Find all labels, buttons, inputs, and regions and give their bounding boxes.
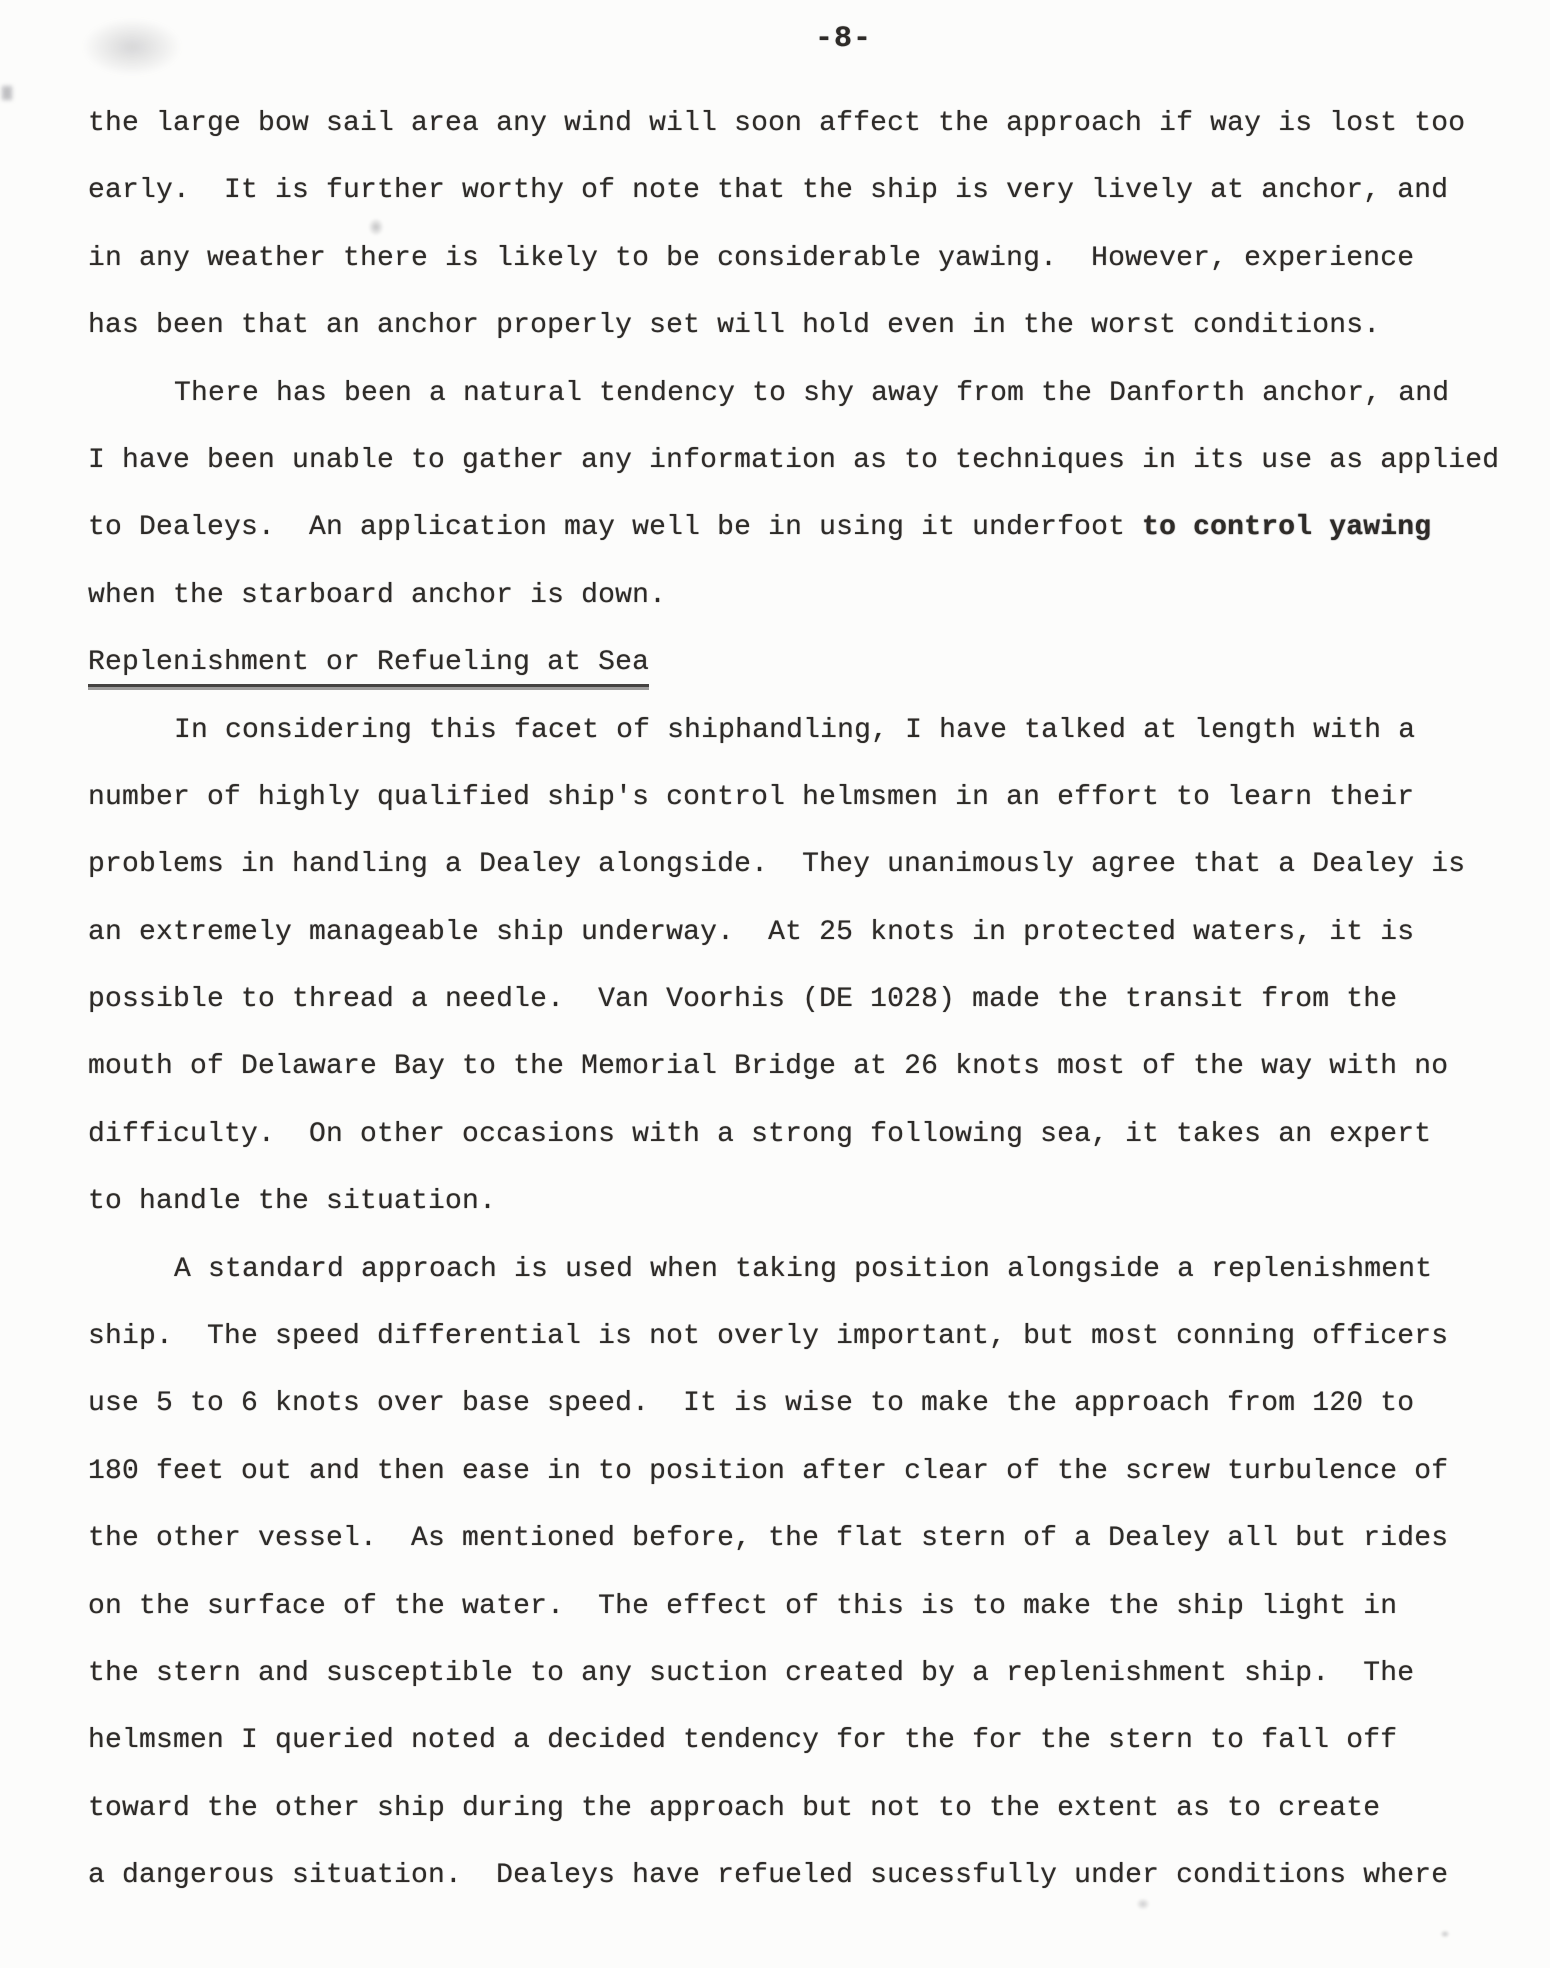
text-line: early. It is further worthy of note that… <box>88 157 1510 224</box>
text-line: difficulty. On other occasions with a st… <box>88 1101 1510 1168</box>
text-line: problems in handling a Dealey alongside.… <box>88 831 1510 898</box>
text-line: toward the other ship during the approac… <box>88 1775 1510 1842</box>
text-line: the large bow sail area any wind will so… <box>88 90 1510 157</box>
text-line: number of highly qualified ship's contro… <box>88 764 1510 831</box>
text-line: to Dealeys. An application may well be i… <box>88 494 1510 561</box>
text-line: A standard approach is used when taking … <box>88 1236 1510 1303</box>
page-number: -8- <box>815 22 872 56</box>
document-lines: the large bow sail area any wind will so… <box>88 90 1510 1910</box>
text-line: on the surface of the water. The effect … <box>88 1573 1510 1640</box>
text-line: when the starboard anchor is down. <box>88 562 1510 629</box>
bold-text-segment: to control yawing <box>1142 512 1431 543</box>
text-line: I have been unable to gather any informa… <box>88 427 1510 494</box>
text-line: mouth of Delaware Bay to the Memorial Br… <box>88 1033 1510 1100</box>
document-page: -8- the large bow sail area any wind wil… <box>0 0 1550 1968</box>
text-line: In considering this facet of shiphandlin… <box>88 697 1510 764</box>
text-line: to handle the situation. <box>88 1168 1510 1235</box>
text-line: in any weather there is likely to be con… <box>88 225 1510 292</box>
text-line: the other vessel. As mentioned before, t… <box>88 1505 1510 1572</box>
text-line: a dangerous situation. Dealeys have refu… <box>88 1842 1510 1909</box>
text-line: helmsmen I queried noted a decided tende… <box>88 1707 1510 1774</box>
text-line: an extremely manageable ship underway. A… <box>88 899 1510 966</box>
text-line: ship. The speed differential is not over… <box>88 1303 1510 1370</box>
scan-smudge <box>2 86 12 100</box>
text-line: There has been a natural tendency to shy… <box>88 360 1510 427</box>
text-line: possible to thread a needle. Van Voorhis… <box>88 966 1510 1033</box>
scan-smudge <box>1440 1930 1450 1938</box>
section-heading: Replenishment or Refueling at Sea <box>88 629 1510 696</box>
scan-smudge <box>82 18 182 76</box>
text-line: the stern and susceptible to any suction… <box>88 1640 1510 1707</box>
text-line: has been that an anchor properly set wil… <box>88 292 1510 359</box>
text-line: 180 feet out and then ease in to positio… <box>88 1438 1510 1505</box>
text-line: use 5 to 6 knots over base speed. It is … <box>88 1370 1510 1437</box>
